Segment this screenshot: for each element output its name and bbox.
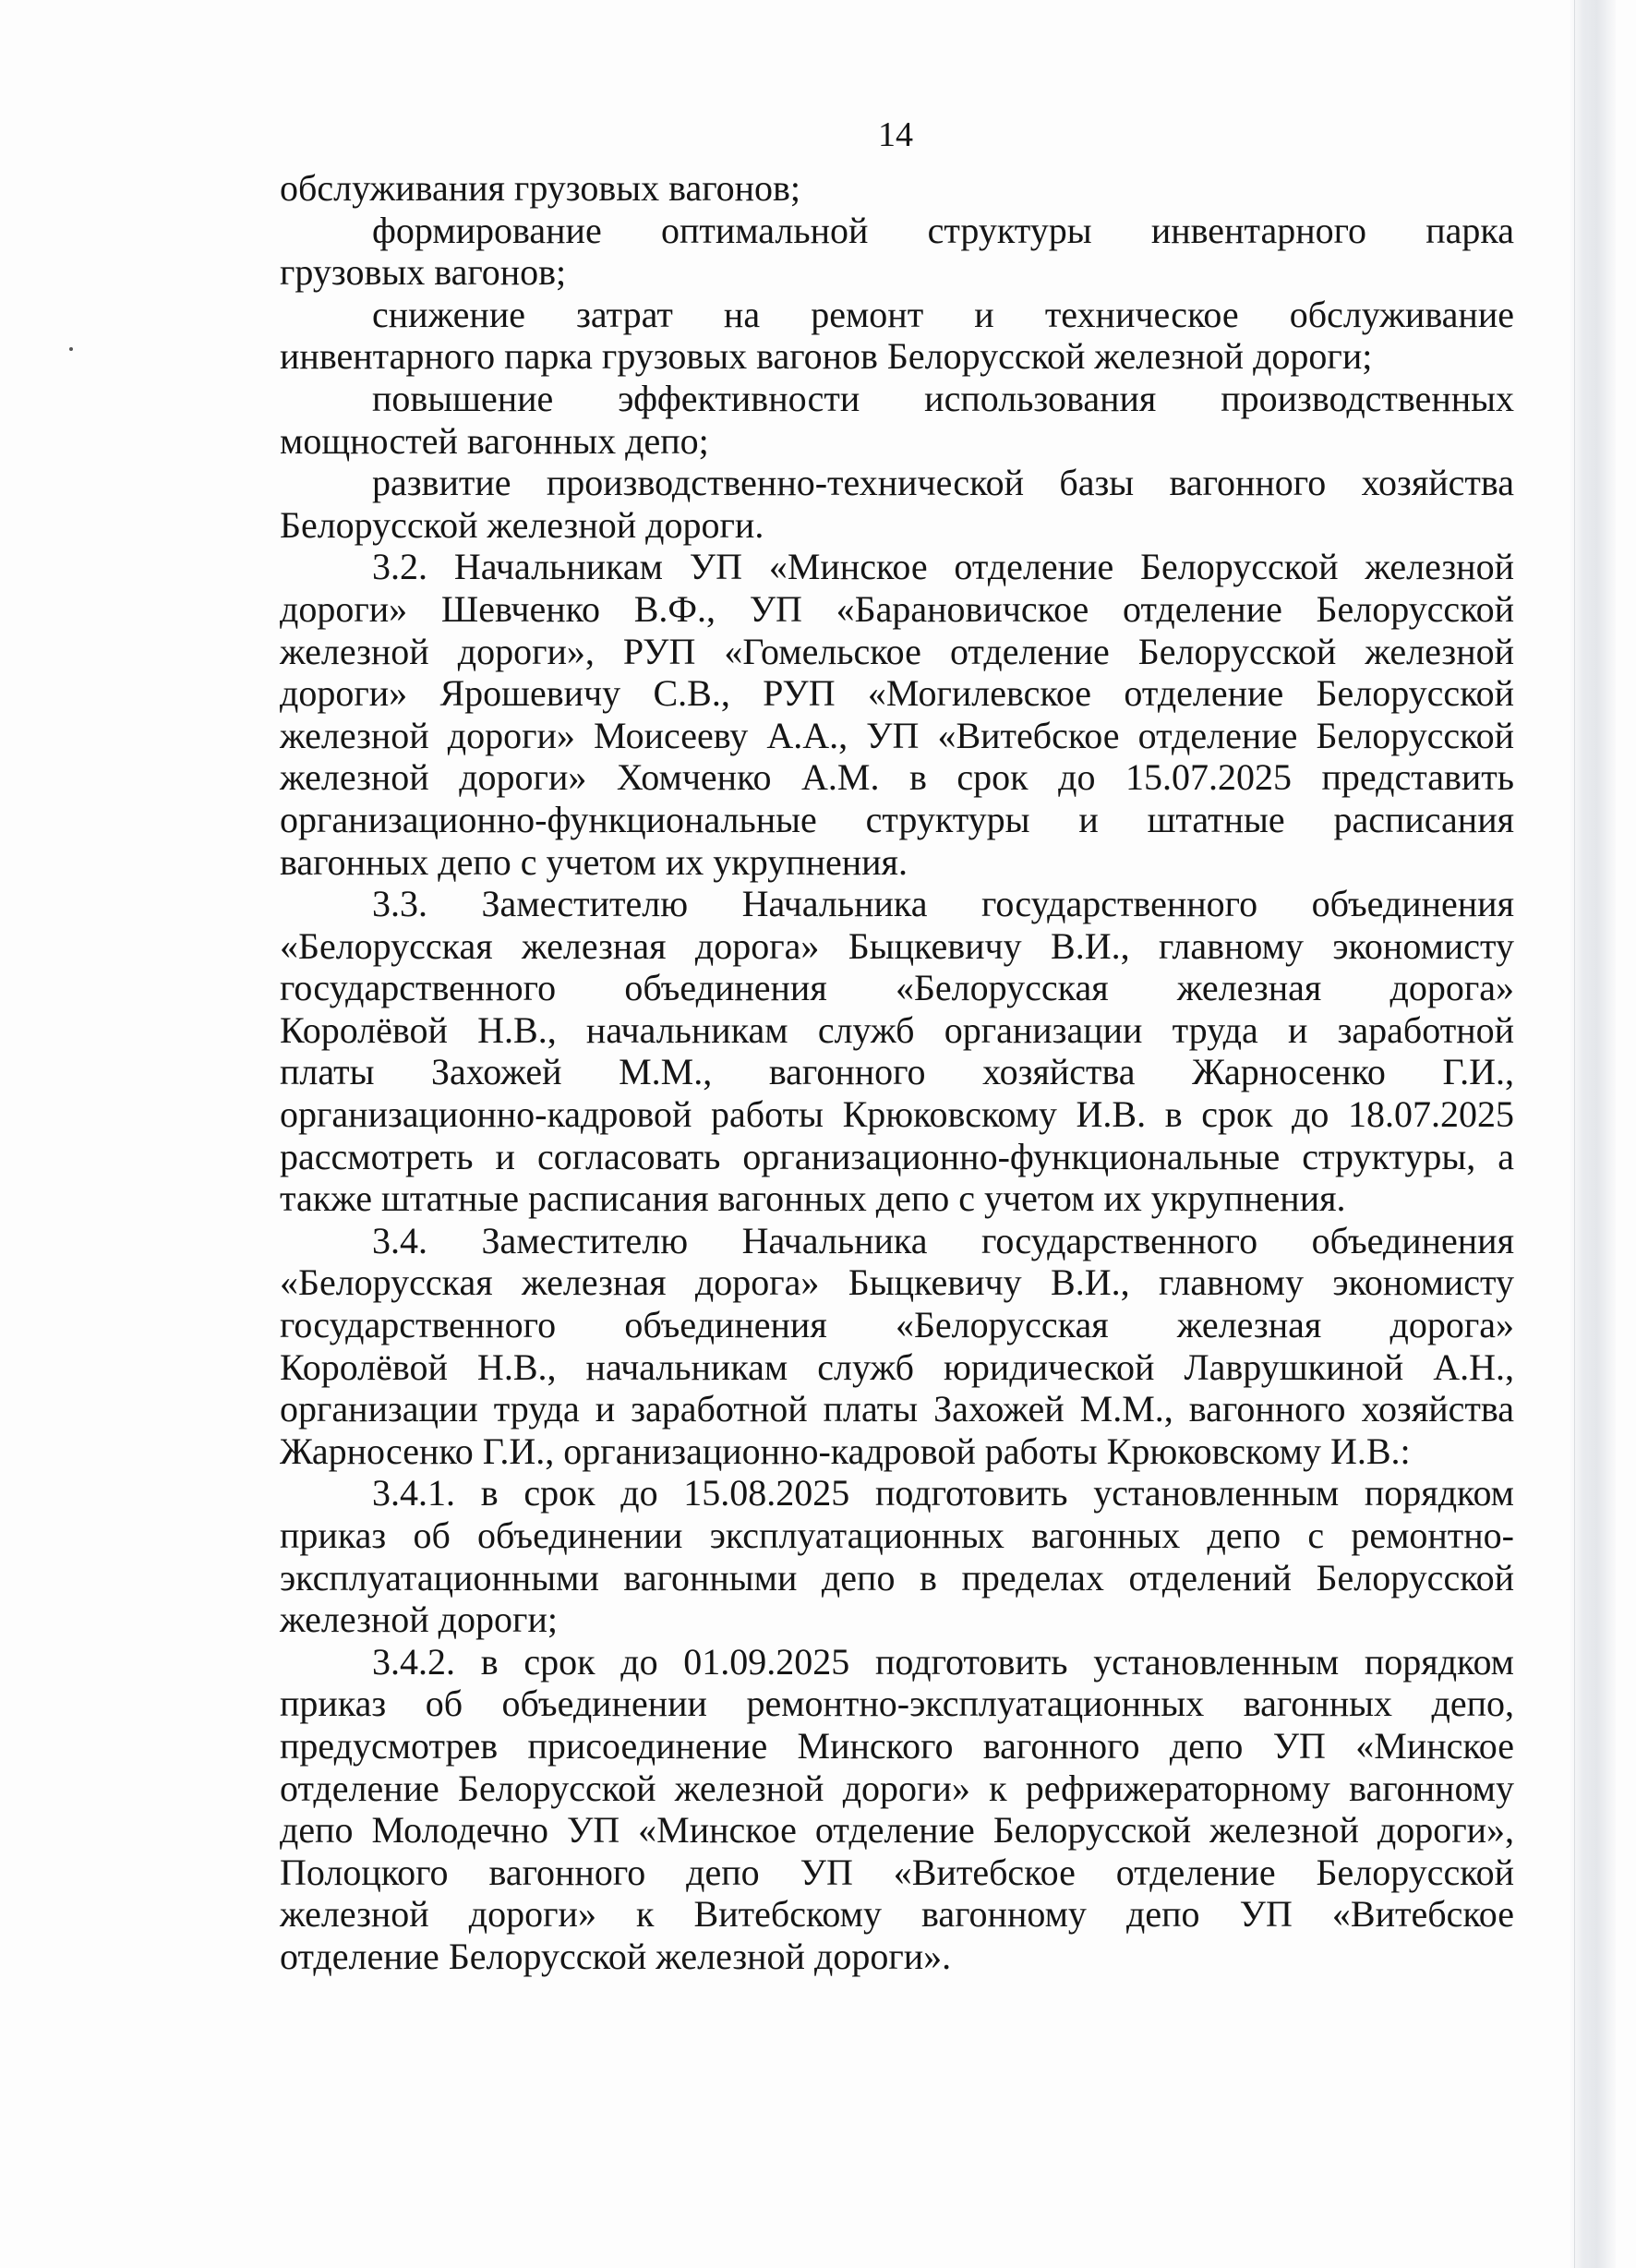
text-line: Королёвой Н.В., начальникам служб органи… [280, 1009, 1514, 1052]
text-line: развитие производственно-технической баз… [280, 462, 1514, 504]
scan-shadow-band [1570, 0, 1616, 2268]
text-line: платы Захожей М.М., вагонного хозяйства … [280, 1051, 1514, 1093]
text-line: мощностей вагонных депо; [280, 420, 1514, 463]
text-line: инвентарного парка грузовых вагонов Бело… [280, 335, 1514, 378]
text-line: вагонных депо с учетом их укрупнения. [280, 841, 1514, 884]
text-line: Королёвой Н.В., начальникам служб юридич… [280, 1346, 1514, 1389]
text-line: железной дороги», РУП «Гомельское отделе… [280, 631, 1514, 673]
text-line: организационно-функциональные структуры … [280, 799, 1514, 841]
text-line: формирование оптимальной структуры инвен… [280, 210, 1514, 252]
text-line: железной дороги» Моисееву А.А., УП «Вите… [280, 715, 1514, 757]
paragraph-clause-3-4-1: 3.4.1. в срок до 15.08.2025 подготовить … [280, 1472, 1514, 1640]
text-line: Полоцкого вагонного депо УП «Витебское о… [280, 1852, 1514, 1894]
text-line: грузовых вагонов; [280, 251, 1514, 294]
text-line: снижение затрат на ремонт и техническое … [280, 294, 1514, 336]
text-line: железной дороги; [280, 1598, 1514, 1641]
text-line: отделение Белорусской железной дороги» к… [280, 1767, 1514, 1810]
text-line: 3.4.1. в срок до 15.08.2025 подготовить … [280, 1472, 1514, 1514]
paragraph-item-formation: формирование оптимальной структуры инвен… [280, 210, 1514, 294]
text-line: 3.2. Начальникам УП «Минское отделение Б… [280, 546, 1514, 588]
text-line: «Белорусская железная дорога» Быцкевичу … [280, 1261, 1514, 1304]
text-line: организации труда и заработной платы Зах… [280, 1388, 1514, 1430]
text-line: государственного объединения «Белорусска… [280, 1304, 1514, 1346]
text-line: организационно-кадровой работы Крюковско… [280, 1093, 1514, 1136]
paragraph-item-efficiency: повышение эффективности использования пр… [280, 378, 1514, 462]
paragraph-cont-1: обслуживания грузовых вагонов; [280, 167, 1514, 210]
paragraph-item-development: развитие производственно-технической баз… [280, 462, 1514, 546]
paragraph-clause-3-4: 3.4. Заместителю Начальника государствен… [280, 1220, 1514, 1473]
text-line: железной дороги» Хомченко А.М. в срок до… [280, 756, 1514, 799]
text-line: предусмотрев присоединение Минского ваго… [280, 1725, 1514, 1767]
text-line: депо Молодечно УП «Минское отделение Бел… [280, 1809, 1514, 1852]
text-line: приказ об объединении эксплуатационных в… [280, 1514, 1514, 1557]
text-line: рассмотреть и согласовать организационно… [280, 1136, 1514, 1178]
paragraph-clause-3-3: 3.3. Заместителю Начальника государствен… [280, 883, 1514, 1220]
paragraph-clause-3-2: 3.2. Начальникам УП «Минское отделение Б… [280, 546, 1514, 883]
text-line: 3.3. Заместителю Начальника государствен… [280, 883, 1514, 925]
text-line: повышение эффективности использования пр… [280, 378, 1514, 420]
text-line: также штатные расписания вагонных депо с… [280, 1177, 1514, 1220]
document-body: обслуживания грузовых вагонов;формирован… [280, 167, 1514, 1978]
text-line: железной дороги» к Витебскому вагонному … [280, 1893, 1514, 1936]
text-line: Белорусской железной дороги. [280, 504, 1514, 547]
text-line: эксплуатационными вагонными депо в преде… [280, 1557, 1514, 1599]
text-line: 3.4. Заместителю Начальника государствен… [280, 1220, 1514, 1262]
text-line: дороги» Ярошевичу С.В., РУП «Могилевское… [280, 672, 1514, 715]
text-line: «Белорусская железная дорога» Быцкевичу … [280, 925, 1514, 968]
scan-edge-line [1574, 0, 1575, 2268]
text-line: Жарносенко Г.И., организационно-кадровой… [280, 1430, 1514, 1473]
text-line: приказ об объединении ремонтно-эксплуата… [280, 1683, 1514, 1725]
text-line: отделение Белорусской железной дороги». [280, 1936, 1514, 1978]
text-line: дороги» Шевченко В.Ф., УП «Барановичское… [280, 588, 1514, 631]
paragraph-clause-3-4-2: 3.4.2. в срок до 01.09.2025 подготовить … [280, 1641, 1514, 1978]
text-line: 3.4.2. в срок до 01.09.2025 подготовить … [280, 1641, 1514, 1683]
page-number: 14 [0, 116, 1636, 153]
paragraph-item-cost-reduction: снижение затрат на ремонт и техническое … [280, 294, 1514, 378]
text-line: государственного объединения «Белорусска… [280, 967, 1514, 1009]
text-line: обслуживания грузовых вагонов; [280, 167, 1514, 210]
scan-speck [69, 347, 73, 351]
